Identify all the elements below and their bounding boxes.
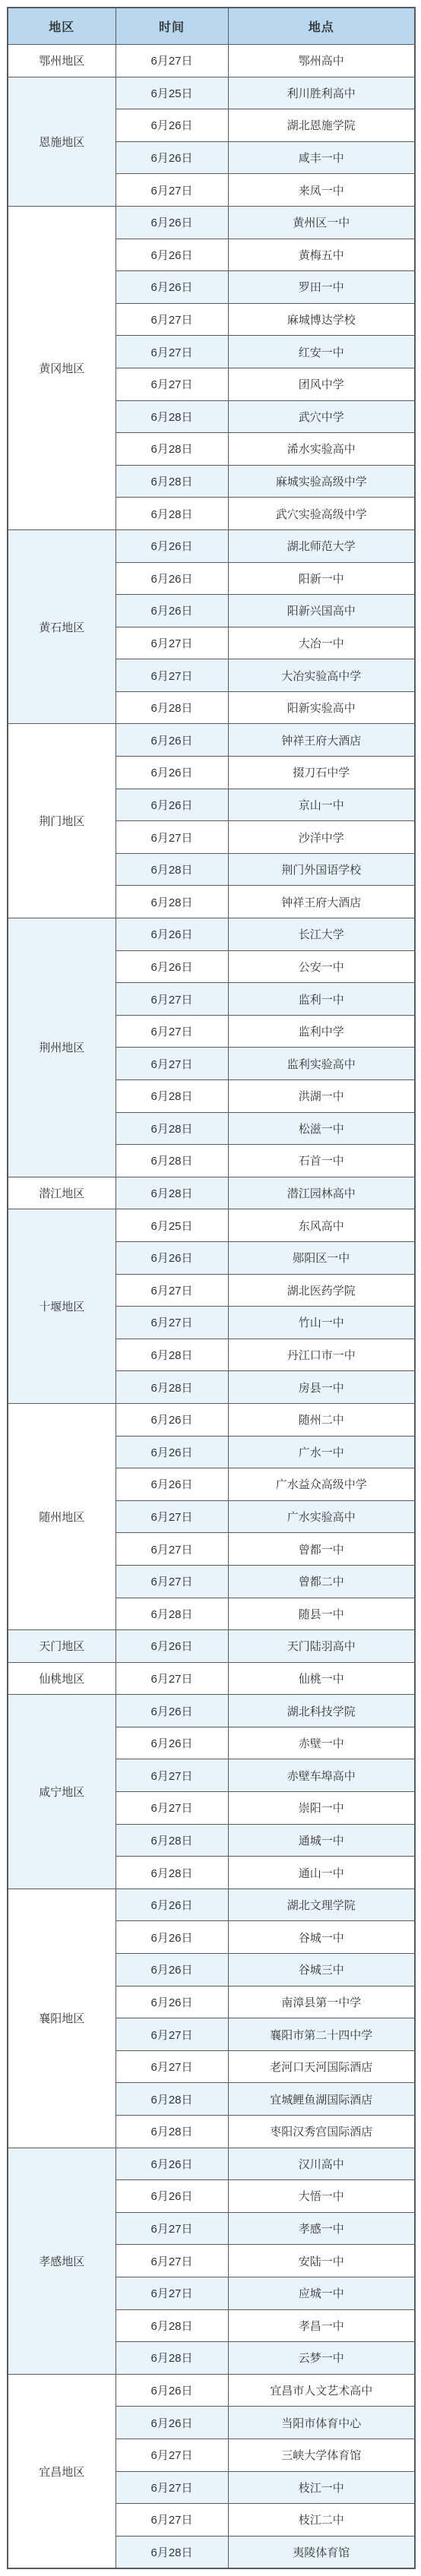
place-cell: 黄梅五中 [228, 239, 415, 271]
table-row: 恩施地区6月25日利川胜利高中 [8, 77, 415, 109]
place-cell: 监利中学 [228, 1015, 415, 1048]
date-cell: 6月28日 [116, 400, 228, 433]
place-cell: 南漳县第一中学 [228, 1986, 415, 2018]
date-cell: 6月27日 [116, 1792, 228, 1825]
date-cell: 6月28日 [116, 1371, 228, 1404]
date-cell: 6月27日 [116, 1048, 228, 1080]
date-cell: 6月27日 [116, 2018, 228, 2051]
date-cell: 6月26日 [116, 918, 228, 951]
date-cell: 6月27日 [116, 2050, 228, 2083]
place-cell: 广水益众高级中学 [228, 1468, 415, 1501]
place-cell: 随县一中 [228, 1598, 415, 1630]
date-cell: 6月26日 [116, 1727, 228, 1759]
column-header-region: 地区 [8, 8, 116, 45]
place-cell: 枝江一中 [228, 2471, 415, 2504]
place-cell: 谷城一中 [228, 1921, 415, 1954]
place-cell: 钟祥王府大酒店 [228, 724, 415, 757]
exam-schedule-table: 地区 时间 地点 鄂州地区6月27日鄂州高中恩施地区6月25日利川胜利高中6月2… [7, 7, 416, 2569]
place-cell: 丹江口市一中 [228, 1339, 415, 1371]
table-row: 荆州地区6月26日长江大学 [8, 918, 415, 951]
place-cell: 荆门外国语学校 [228, 853, 415, 886]
place-cell: 当阳市体育中心 [228, 2407, 415, 2439]
date-cell: 6月26日 [116, 2148, 228, 2180]
date-cell: 6月26日 [116, 239, 228, 271]
date-cell: 6月27日 [116, 368, 228, 400]
date-cell: 6月26日 [116, 562, 228, 595]
place-cell: 应城一中 [228, 2277, 415, 2309]
place-cell: 崇阳一中 [228, 1792, 415, 1825]
place-cell: 罗田一中 [228, 271, 415, 304]
date-cell: 6月28日 [116, 691, 228, 724]
place-cell: 仙桃一中 [228, 1662, 415, 1695]
date-cell: 6月26日 [116, 2180, 228, 2213]
place-cell: 湖北医药学院 [228, 1274, 415, 1307]
place-cell: 房县一中 [228, 1371, 415, 1404]
place-cell: 咸丰一中 [228, 141, 415, 174]
header-row: 地区 时间 地点 [8, 8, 415, 45]
date-cell: 6月27日 [116, 2245, 228, 2277]
date-cell: 6月26日 [116, 2407, 228, 2439]
place-cell: 监利实验高中 [228, 1048, 415, 1080]
date-cell: 6月26日 [116, 1889, 228, 1921]
table-row: 黄冈地区6月26日黄州区一中 [8, 206, 415, 239]
date-cell: 6月27日 [116, 2471, 228, 2504]
place-cell: 广水实验高中 [228, 1500, 415, 1533]
place-cell: 麻城实验高级中学 [228, 465, 415, 498]
date-cell: 6月28日 [116, 2309, 228, 2342]
date-cell: 6月26日 [116, 950, 228, 983]
date-cell: 6月27日 [116, 2504, 228, 2536]
table-row: 鄂州地区6月27日鄂州高中 [8, 45, 415, 77]
place-cell: 三峡大学体育馆 [228, 2439, 415, 2471]
table-row: 随州地区6月26日随州二中 [8, 1403, 415, 1436]
place-cell: 麻城博达学校 [228, 303, 415, 336]
date-cell: 6月26日 [116, 271, 228, 304]
place-cell: 宜城鲤鱼湖国际酒店 [228, 2083, 415, 2116]
place-cell: 谷城三中 [228, 1954, 415, 1987]
place-cell: 武穴中学 [228, 400, 415, 433]
place-cell: 红安一中 [228, 336, 415, 368]
date-cell: 6月27日 [116, 821, 228, 854]
place-cell: 湖北恩施学院 [228, 109, 415, 142]
date-cell: 6月28日 [116, 2536, 228, 2568]
date-cell: 6月28日 [116, 498, 228, 530]
place-cell: 湖北文理学院 [228, 1889, 415, 1921]
table-row: 荆门地区6月26日钟祥王府大酒店 [8, 724, 415, 757]
place-cell: 利川胜利高中 [228, 77, 415, 109]
region-cell: 襄阳地区 [8, 1889, 116, 2148]
place-cell: 大冶实验高中学 [228, 659, 415, 692]
date-cell: 6月26日 [116, 529, 228, 562]
date-cell: 6月27日 [116, 983, 228, 1016]
region-cell: 潜江地区 [8, 1177, 116, 1209]
table-row: 宜昌地区6月26日宜昌市人文艺术高中 [8, 2374, 415, 2407]
date-cell: 6月26日 [116, 757, 228, 789]
place-cell: 郧阳区一中 [228, 1241, 415, 1274]
date-cell: 6月26日 [116, 1921, 228, 1954]
place-cell: 京山一中 [228, 789, 415, 821]
table-row: 襄阳地区6月26日湖北文理学院 [8, 1889, 415, 1921]
date-cell: 6月27日 [116, 2212, 228, 2245]
place-cell: 汉川高中 [228, 2148, 415, 2180]
column-header-time: 时间 [116, 8, 228, 45]
region-cell: 荆门地区 [8, 724, 116, 918]
date-cell: 6月26日 [116, 1436, 228, 1468]
place-cell: 枣阳汉秀宫国际酒店 [228, 2116, 415, 2148]
place-cell: 钟祥王府大酒店 [228, 886, 415, 918]
region-cell: 咸宁地区 [8, 1695, 116, 1889]
date-cell: 6月28日 [116, 853, 228, 886]
date-cell: 6月26日 [116, 789, 228, 821]
place-cell: 宜昌市人文艺术高中 [228, 2374, 415, 2407]
date-cell: 6月27日 [116, 1500, 228, 1533]
place-cell: 石首一中 [228, 1145, 415, 1177]
place-cell: 东风高中 [228, 1209, 415, 1242]
place-cell: 湖北科技学院 [228, 1695, 415, 1727]
place-cell: 阳新一中 [228, 562, 415, 595]
date-cell: 6月27日 [116, 1533, 228, 1566]
date-cell: 6月26日 [116, 1954, 228, 1987]
date-cell: 6月27日 [116, 1015, 228, 1048]
date-cell: 6月28日 [116, 1598, 228, 1630]
region-cell: 宜昌地区 [8, 2374, 116, 2568]
place-cell: 襄阳市第二十四中学 [228, 2018, 415, 2051]
date-cell: 6月27日 [116, 303, 228, 336]
region-cell: 孝感地区 [8, 2148, 116, 2374]
place-cell: 监利一中 [228, 983, 415, 1016]
place-cell: 云梦一中 [228, 2342, 415, 2375]
date-cell: 6月27日 [116, 1759, 228, 1792]
place-cell: 长江大学 [228, 918, 415, 951]
date-cell: 6月28日 [116, 886, 228, 918]
place-cell: 洪湖一中 [228, 1080, 415, 1113]
date-cell: 6月28日 [116, 1824, 228, 1857]
date-cell: 6月26日 [116, 1403, 228, 1436]
region-cell: 天门地区 [8, 1630, 116, 1663]
date-cell: 6月28日 [116, 465, 228, 498]
table-row: 天门地区6月26日天门陆羽高中 [8, 1630, 415, 1663]
region-cell: 仙桃地区 [8, 1662, 116, 1695]
date-cell: 6月28日 [116, 1857, 228, 1889]
table-row: 仙桃地区6月27日仙桃一中 [8, 1662, 415, 1695]
date-cell: 6月28日 [116, 1339, 228, 1371]
date-cell: 6月27日 [116, 1274, 228, 1307]
date-cell: 6月27日 [116, 1565, 228, 1598]
place-cell: 鄂州高中 [228, 45, 415, 77]
table-row: 孝感地区6月26日汉川高中 [8, 2148, 415, 2180]
place-cell: 安陆一中 [228, 2245, 415, 2277]
place-cell: 竹山一中 [228, 1307, 415, 1339]
table-row: 十堰地区6月25日东风高中 [8, 1209, 415, 1242]
place-cell: 武穴实验高级中学 [228, 498, 415, 530]
table-row: 潜江地区6月28日潜江园林高中 [8, 1177, 415, 1209]
date-cell: 6月28日 [116, 1112, 228, 1145]
date-cell: 6月27日 [116, 336, 228, 368]
place-cell: 通城一中 [228, 1824, 415, 1857]
place-cell: 团风中学 [228, 368, 415, 400]
column-header-place: 地点 [228, 8, 415, 45]
date-cell: 6月28日 [116, 1145, 228, 1177]
date-cell: 6月26日 [116, 206, 228, 239]
place-cell: 大冶一中 [228, 627, 415, 659]
table-row: 黄石地区6月26日湖北师范大学 [8, 529, 415, 562]
place-cell: 大悟一中 [228, 2180, 415, 2213]
place-cell: 阳新兴国高中 [228, 595, 415, 627]
region-cell: 黄冈地区 [8, 206, 116, 529]
date-cell: 6月26日 [116, 109, 228, 142]
region-cell: 恩施地区 [8, 77, 116, 206]
place-cell: 来凤一中 [228, 174, 415, 207]
page: 地区 时间 地点 鄂州地区6月27日鄂州高中恩施地区6月25日利川胜利高中6月2… [0, 0, 421, 2576]
place-cell: 孝昌一中 [228, 2309, 415, 2342]
region-cell: 十堰地区 [8, 1209, 116, 1404]
place-cell: 广水一中 [228, 1436, 415, 1468]
date-cell: 6月26日 [116, 1468, 228, 1501]
date-cell: 6月28日 [116, 2342, 228, 2375]
date-cell: 6月28日 [116, 1177, 228, 1209]
place-cell: 黄州区一中 [228, 206, 415, 239]
date-cell: 6月27日 [116, 45, 228, 77]
region-cell: 鄂州地区 [8, 45, 116, 77]
date-cell: 6月25日 [116, 77, 228, 109]
place-cell: 湖北师范大学 [228, 529, 415, 562]
place-cell: 松滋一中 [228, 1112, 415, 1145]
date-cell: 6月27日 [116, 174, 228, 207]
date-cell: 6月27日 [116, 1662, 228, 1695]
date-cell: 6月26日 [116, 595, 228, 627]
place-cell: 天门陆羽高中 [228, 1630, 415, 1663]
date-cell: 6月27日 [116, 659, 228, 692]
place-cell: 潜江园林高中 [228, 1177, 415, 1209]
date-cell: 6月26日 [116, 1630, 228, 1663]
date-cell: 6月27日 [116, 2277, 228, 2309]
date-cell: 6月26日 [116, 724, 228, 757]
place-cell: 曾都二中 [228, 1565, 415, 1598]
date-cell: 6月26日 [116, 141, 228, 174]
date-cell: 6月28日 [116, 433, 228, 466]
place-cell: 随州二中 [228, 1403, 415, 1436]
table-body: 鄂州地区6月27日鄂州高中恩施地区6月25日利川胜利高中6月26日湖北恩施学院6… [8, 45, 415, 2569]
region-cell: 随州地区 [8, 1403, 116, 1629]
place-cell: 阳新实验高中 [228, 691, 415, 724]
place-cell: 孝感一中 [228, 2212, 415, 2245]
place-cell: 掇刀石中学 [228, 757, 415, 789]
date-cell: 6月26日 [116, 1695, 228, 1727]
date-cell: 6月26日 [116, 1241, 228, 1274]
region-cell: 荆州地区 [8, 918, 116, 1177]
place-cell: 浠水实验高中 [228, 433, 415, 466]
place-cell: 曾都一中 [228, 1533, 415, 1566]
date-cell: 6月28日 [116, 2083, 228, 2116]
date-cell: 6月25日 [116, 1209, 228, 1242]
date-cell: 6月27日 [116, 1307, 228, 1339]
region-cell: 黄石地区 [8, 529, 116, 724]
place-cell: 赤壁车埠高中 [228, 1759, 415, 1792]
date-cell: 6月27日 [116, 627, 228, 659]
date-cell: 6月26日 [116, 2374, 228, 2407]
place-cell: 赤壁一中 [228, 1727, 415, 1759]
place-cell: 枝江二中 [228, 2504, 415, 2536]
date-cell: 6月26日 [116, 1986, 228, 2018]
place-cell: 通山一中 [228, 1857, 415, 1889]
date-cell: 6月28日 [116, 2116, 228, 2148]
place-cell: 夷陵体育馆 [228, 2536, 415, 2568]
place-cell: 老河口天河国际酒店 [228, 2050, 415, 2083]
place-cell: 公安一中 [228, 950, 415, 983]
date-cell: 6月28日 [116, 1080, 228, 1113]
place-cell: 沙洋中学 [228, 821, 415, 854]
date-cell: 6月27日 [116, 2439, 228, 2471]
table-row: 咸宁地区6月26日湖北科技学院 [8, 1695, 415, 1727]
